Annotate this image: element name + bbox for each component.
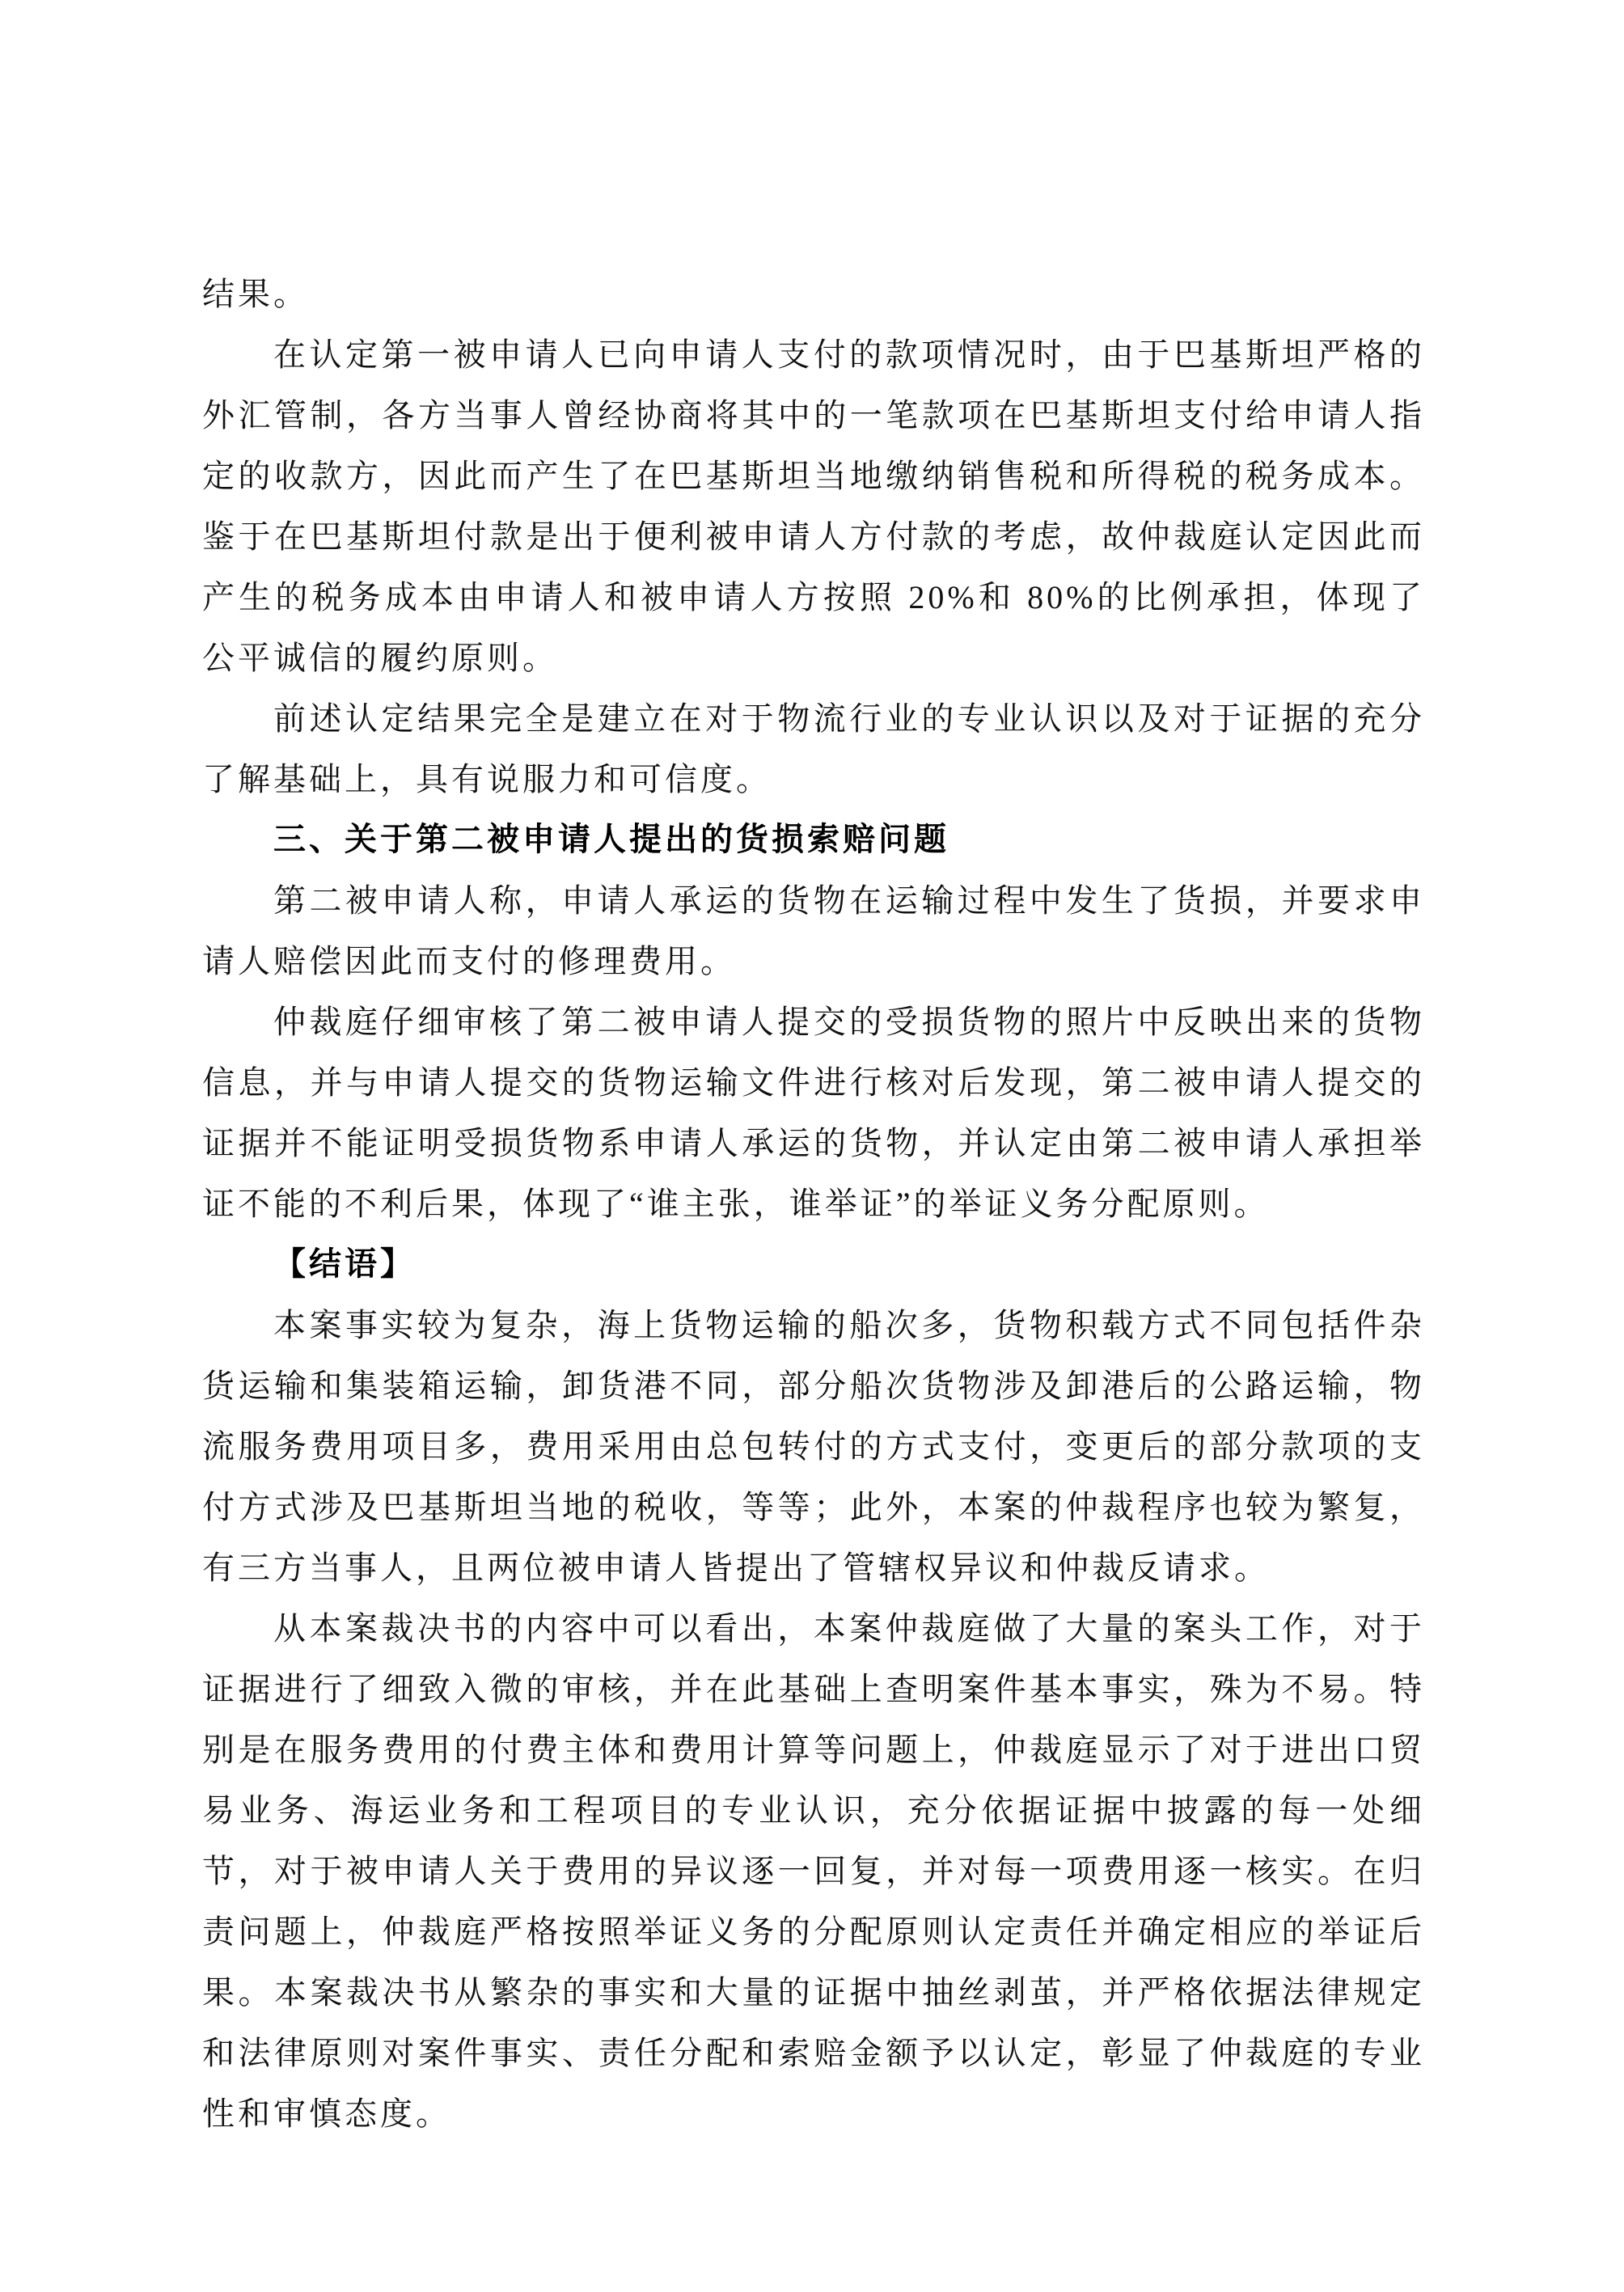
section-heading-conclusion: 【结语】 [202,1234,1425,1295]
document-page: 结果。 在认定第一被申请人已向申请人支付的款项情况时，由于巴基斯坦严格的外汇管制… [0,0,1624,2292]
document-text-block: 结果。 在认定第一被申请人已向申请人支付的款项情况时，由于巴基斯坦严格的外汇管制… [202,264,1425,2144]
paragraph: 仲裁庭仔细审核了第二被申请人提交的受损货物的照片中反映出来的货物信息，并与申请人… [202,992,1425,1234]
paragraph: 本案事实较为复杂，海上货物运输的船次多，货物积载方式不同包括件杂货运输和集装箱运… [202,1295,1425,1598]
paragraph-continuation: 结果。 [202,264,1425,324]
paragraph: 第二被申请人称，申请人承运的货物在运输过程中发生了货损，并要求申请人赔偿因此而支… [202,870,1425,992]
paragraph: 从本案裁决书的内容中可以看出，本案仲裁庭做了大量的案头工作，对于证据进行了细致入… [202,1598,1425,2144]
section-heading-cargo-damage-claim: 三、关于第二被申请人提出的货损索赔问题 [202,810,1425,870]
paragraph: 前述认定结果完全是建立在对于物流行业的专业认识以及对于证据的充分了解基础上，具有… [202,688,1425,810]
paragraph: 在认定第一被申请人已向申请人支付的款项情况时，由于巴基斯坦严格的外汇管制，各方当… [202,324,1425,688]
